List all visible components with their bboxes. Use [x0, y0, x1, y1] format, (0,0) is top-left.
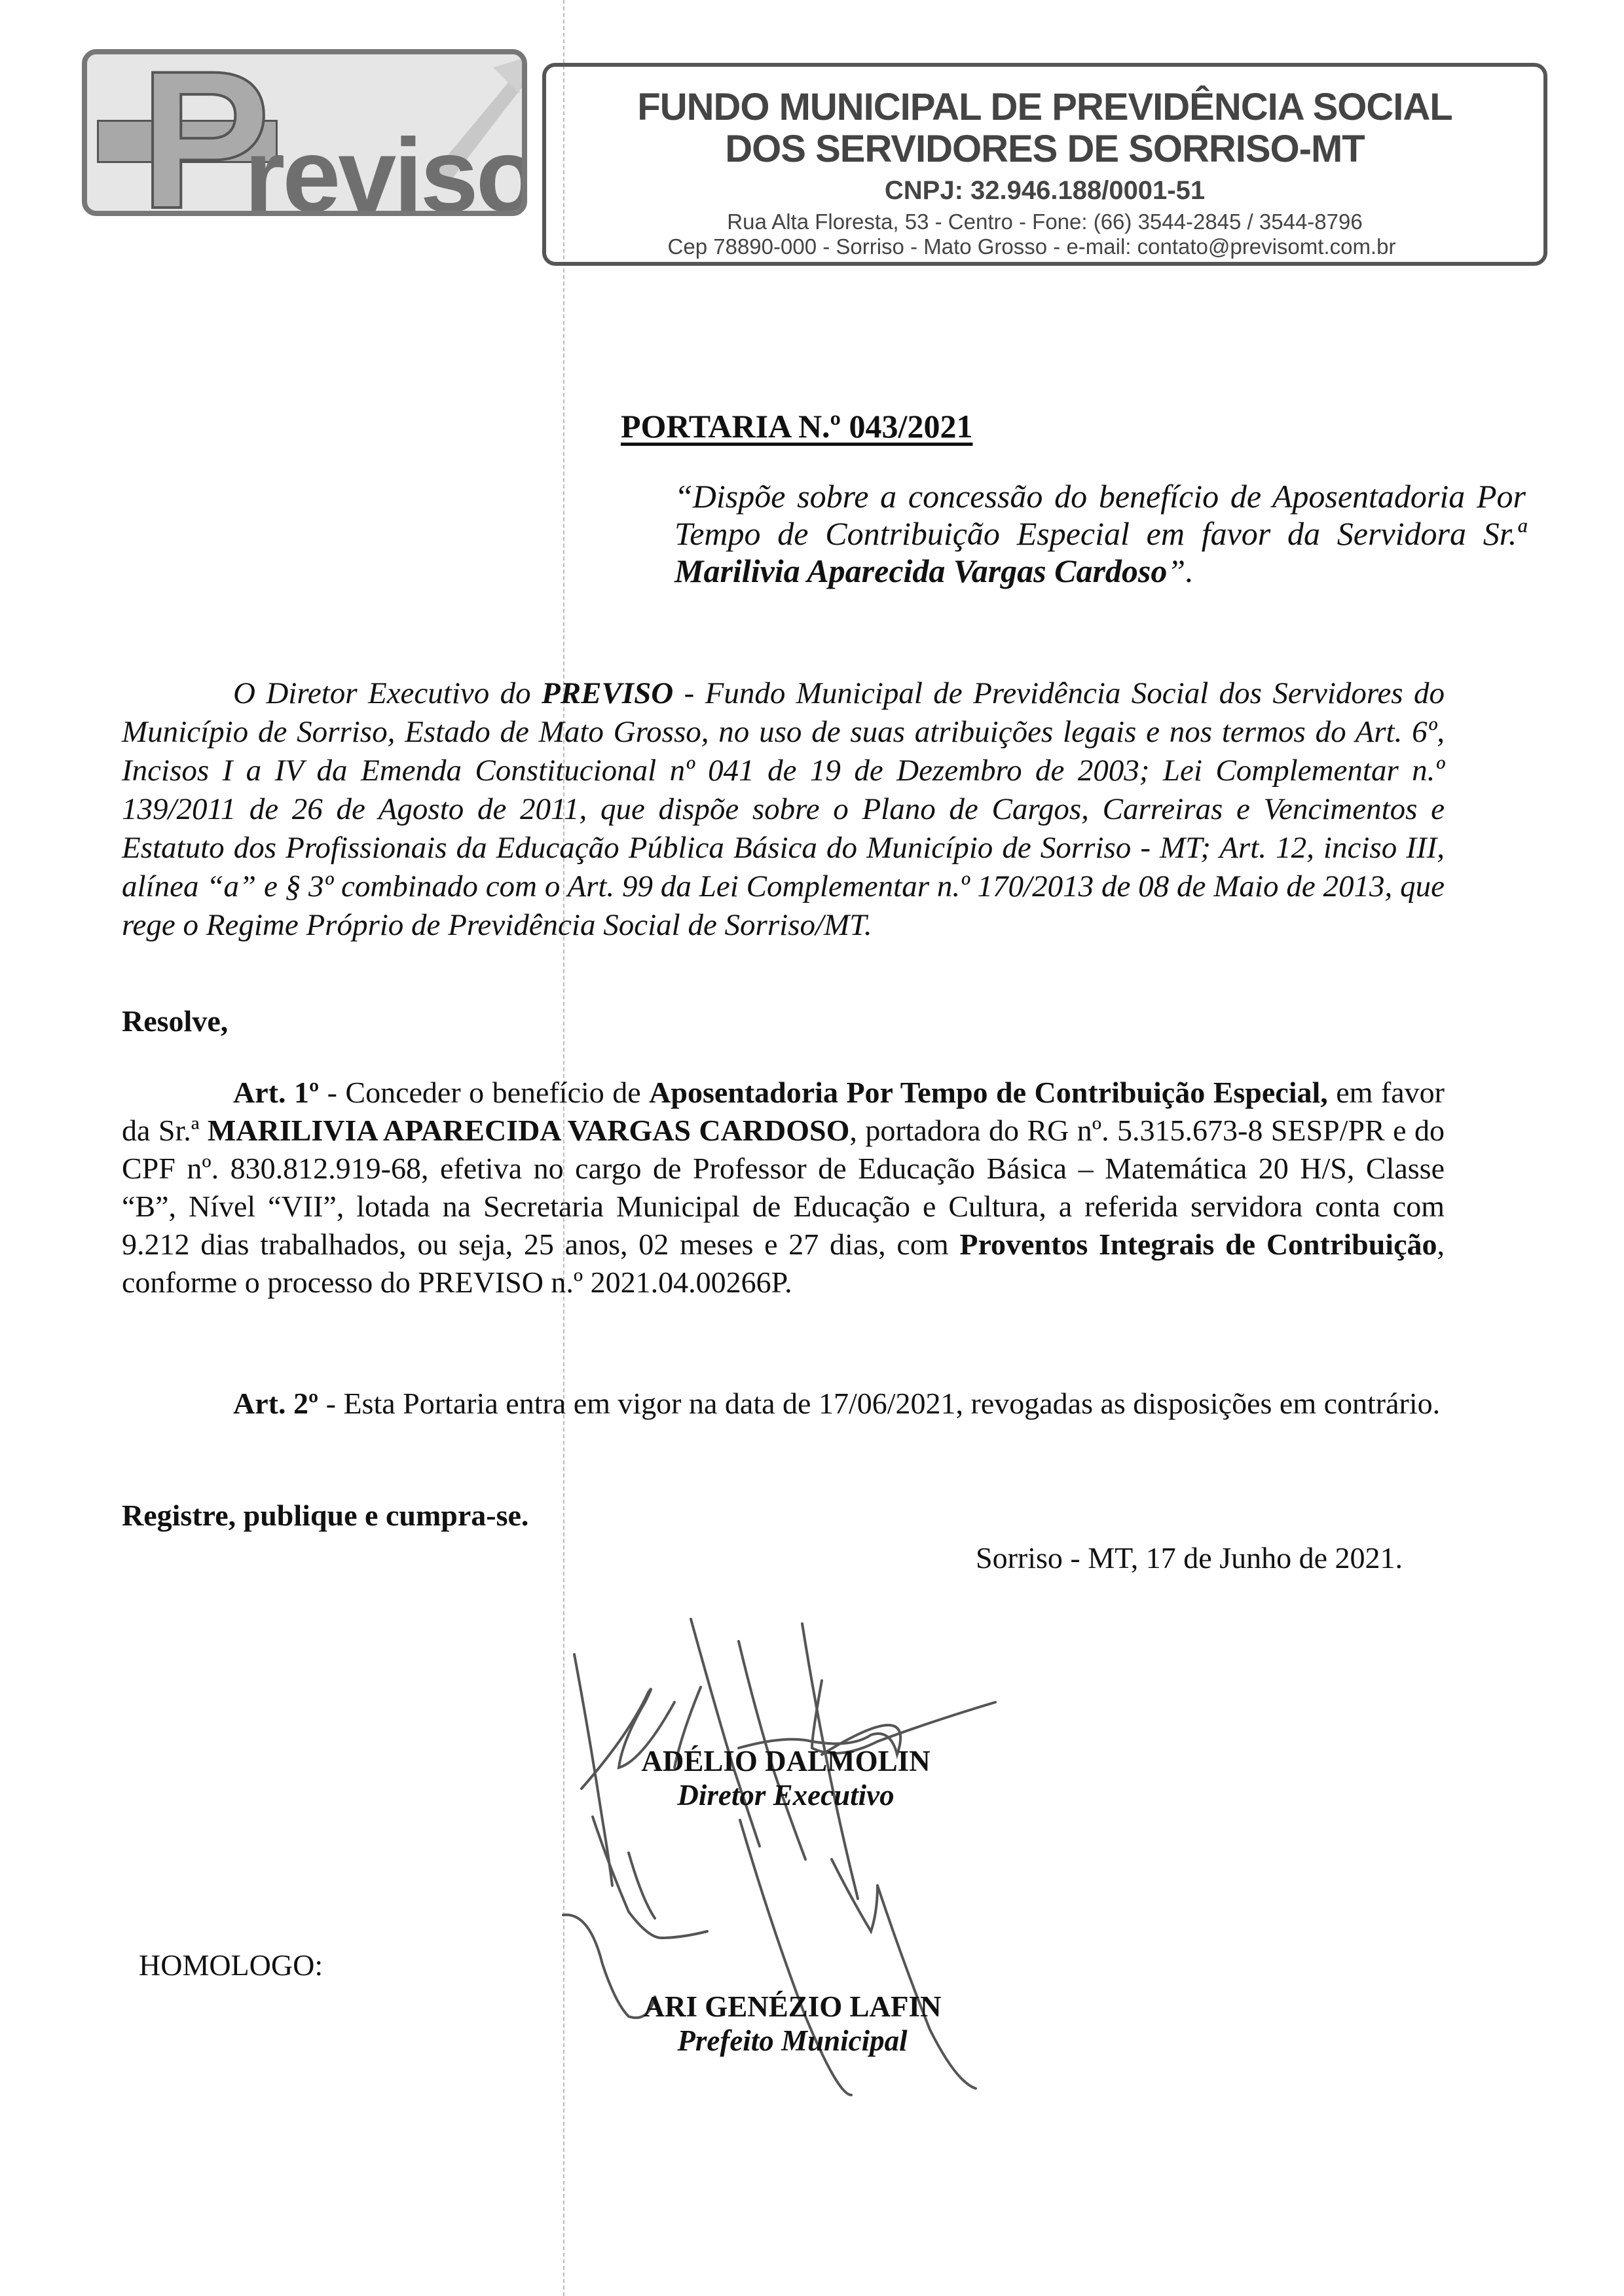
- place-date: Sorriso - MT, 17 de Junho de 2021.: [976, 1539, 1403, 1577]
- signature-block-director: ADÉLIO DALMOLIN Diretor Executivo: [602, 1745, 969, 1813]
- ementa-text: “Dispõe sobre a concessão do benefício d…: [674, 478, 1526, 552]
- org-cep-email: Cep 78890-000 - Sorriso - Mato Grosso - …: [520, 234, 1543, 259]
- org-name-line2: DOS SERVIDORES DE SORRISO-MT: [546, 127, 1543, 171]
- org-name-line1: FUNDO MUNICIPAL DE PREVIDÊNCIA SOCIAL: [546, 85, 1543, 129]
- ementa: “Dispõe sobre a concessão do benefício d…: [674, 478, 1526, 590]
- org-cnpj: CNPJ: 32.946.188/0001-51: [546, 176, 1543, 206]
- signer-role: Prefeito Municipal: [586, 2023, 999, 2059]
- homologo-label: HOMOLOGO:: [139, 1948, 323, 1982]
- logo-wordmark: reviso: [244, 130, 527, 216]
- article-1-benefit: Aposentadoria Por Tempo de Contribuição …: [649, 1076, 1328, 1109]
- org-address: Rua Alta Floresta, 53 - Centro - Fone: (…: [546, 210, 1543, 234]
- signature-block-mayor: ARI GENÉZIO LAFIN Prefeito Municipal: [586, 1990, 999, 2059]
- article-1-label: Art. 1º: [233, 1076, 319, 1109]
- preamble-paragraph: O Diretor Executivo do PREVISO - Fundo M…: [122, 674, 1445, 945]
- article-1-beneficiary: MARILIVIA APARECIDA VARGAS CARDOSO: [208, 1114, 850, 1147]
- document-page: P reviso FUNDO MUNICIPAL DE PREVIDÊNCIA …: [0, 0, 1624, 2296]
- article-2: Art. 2º - Esta Portaria entra em vigor n…: [122, 1385, 1445, 1423]
- signer-name: ARI GENÉZIO LAFIN: [586, 1990, 999, 2023]
- previso-logo: P reviso: [82, 49, 527, 216]
- document-title: PORTARIA N.º 043/2021: [621, 407, 972, 445]
- ementa-beneficiary-name: Marilivia Aparecida Vargas Cardoso: [674, 553, 1167, 589]
- signer-name: ADÉLIO DALMOLIN: [602, 1745, 969, 1777]
- preamble-start: O Diretor Executivo do: [233, 676, 542, 710]
- article-1-text: - Conceder o benefício de: [319, 1076, 649, 1109]
- organization-header: FUNDO MUNICIPAL DE PREVIDÊNCIA SOCIAL DO…: [542, 63, 1547, 266]
- ementa-suffix: ”.: [1167, 553, 1193, 589]
- preamble-rest: - Fundo Municipal de Previdência Social …: [122, 676, 1445, 942]
- preamble-previso: PREVISO: [542, 676, 673, 710]
- article-2-label: Art. 2º: [233, 1387, 318, 1420]
- closing-statement: Registre, publique e cumpra-se.: [122, 1496, 528, 1535]
- article-1-proventos: Proventos Integrais de Contribuição: [959, 1228, 1437, 1261]
- article-1: Art. 1º - Conceder o benefício de Aposen…: [122, 1074, 1445, 1302]
- signer-role: Diretor Executivo: [602, 1777, 969, 1813]
- resolve-heading: Resolve,: [122, 1002, 228, 1040]
- article-2-text: - Esta Portaria entra em vigor na data d…: [318, 1387, 1440, 1420]
